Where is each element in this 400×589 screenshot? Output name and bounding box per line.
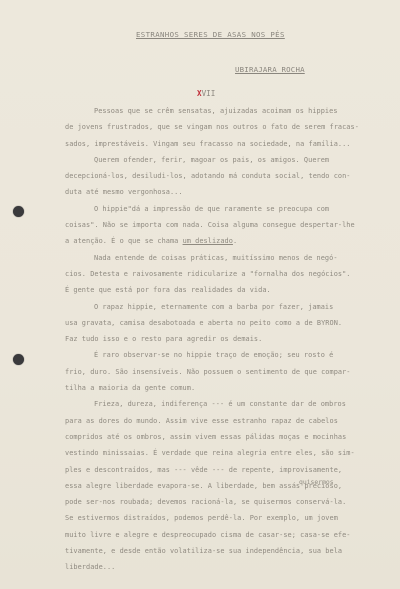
punch-hole-bottom — [13, 354, 24, 365]
text-line: compridos até os ombros, assim vivem ess… — [65, 429, 395, 445]
text-line: O hippie"dá a impressão de que raramente… — [65, 201, 395, 217]
text-line: É raro observar-se no hippie traço de em… — [65, 347, 395, 363]
chapter-numeral: VII — [202, 89, 216, 98]
text-line: tilha a maioria da gente comum. — [65, 380, 395, 396]
text-line: Frieza, dureza, indiferença --- é um con… — [65, 396, 395, 412]
text-line: liberdade... — [65, 559, 395, 575]
text-line: para as dores do mundo. Assim vive esse … — [65, 413, 395, 429]
text-line: de jovens frustrados, que se vingam nos … — [65, 119, 395, 135]
text-line: É gente que está por fora das realidades… — [65, 282, 395, 298]
typewritten-page: ESTRANHOS SERES DE ASAS NOS PÉS UBIRAJAR… — [0, 0, 400, 589]
text-line: a atenção. É o que se chama um deslizado… — [65, 233, 395, 249]
text-line: cios. Detesta e raivosamente ridiculariz… — [65, 266, 395, 282]
text-line: O rapaz hippie, eternamente com a barba … — [65, 299, 395, 315]
text-line: Nada entende de coisas práticas, muitíss… — [65, 250, 395, 266]
text-line: tivamente, e desde então volatiliza-se s… — [65, 543, 395, 559]
text-line: Pessoas que se crêm sensatas, ajuizadas … — [65, 103, 395, 119]
text-line: pode ser-nos roubada; devemos racioná-la… — [65, 494, 395, 510]
text-line: muito livre e alegre e despreocupado cis… — [65, 527, 395, 543]
text-line: Querem ofender, ferir, magoar os pais, o… — [65, 152, 395, 168]
text-line: usa gravata, camisa desabotoada e aberta… — [65, 315, 395, 331]
text-line: sados, imprestáveis. Vingam seu fracasso… — [65, 136, 395, 152]
text-line: ples e descontraídos, mas --- vêde --- d… — [65, 462, 395, 478]
text-line: essa alegre liberdade evapora-se. A libe… — [65, 478, 395, 494]
text-line: decepcioná-los, desiludi-los, adotando m… — [65, 168, 395, 184]
punch-hole-top — [13, 206, 24, 217]
text-line: frio, duro. São insensíveis. Não possuem… — [65, 364, 395, 380]
text-line: coisas". Não se importa com nada. Coisa … — [65, 217, 395, 233]
text-line: vestindo minissaias. É verdade que reina… — [65, 445, 395, 461]
text-line: duta até mesmo vergonhosa... — [65, 184, 395, 200]
text-line: Se estivermos distraídos, podemos perdê-… — [65, 510, 395, 526]
chapter-number: XVII — [197, 89, 215, 98]
document-title: ESTRANHOS SERES DE ASAS NOS PÉS — [136, 30, 285, 39]
text-line: Faz tudo isso e o resto para agredir os … — [65, 331, 395, 347]
author-name: UBIRAJARA ROCHA — [235, 65, 305, 74]
underlined-phrase: um deslizado — [183, 237, 233, 245]
body-text: Pessoas que se crêm sensatas, ajuizadas … — [65, 103, 395, 576]
